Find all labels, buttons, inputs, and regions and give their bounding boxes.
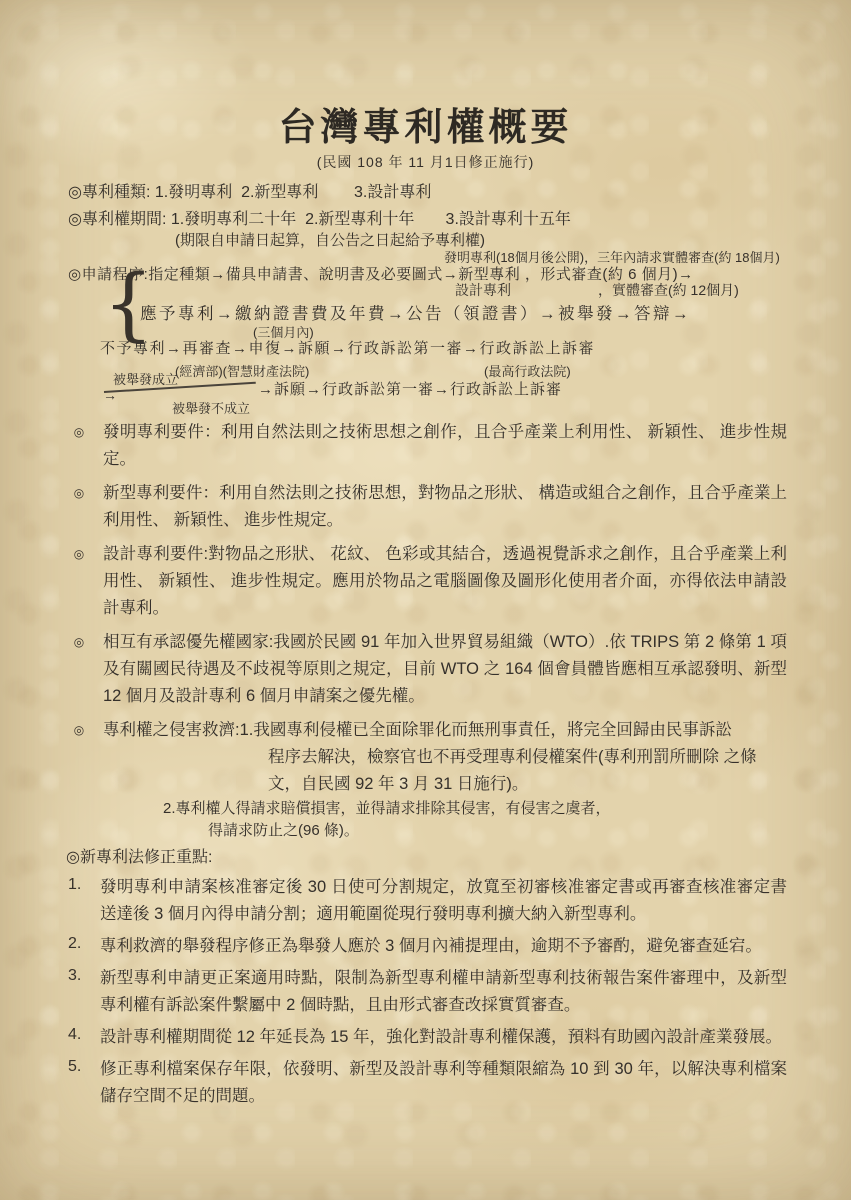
bullet-icon: ◎ bbox=[68, 629, 90, 710]
item-number: 3. bbox=[68, 965, 90, 1019]
revocation-appeal-chain: →訴願→行政訴訟第一審→行政訴訟上訴審 bbox=[258, 378, 562, 399]
patent-term-line: ◎專利權期間: 1.發明專利二十年 2.新型專利十年 3.設計專利十五年 bbox=[68, 206, 571, 229]
design-patent-word: 設計專利 bbox=[455, 280, 511, 300]
document-page: 台灣專利權概要 (民國 108 年 11 月1日修正施行) ◎專利種類: 1.發… bbox=[0, 0, 851, 1200]
revocation-upheld-label: 被舉發成立 bbox=[113, 369, 178, 388]
page-subtitle: (民國 108 年 11 月1日修正施行) bbox=[0, 152, 851, 172]
requirement-text: 新型專利要件：利用自然法則之技術思想，對物品之形狀、 構造或組合之創作，且合乎產… bbox=[103, 480, 787, 534]
remedy-line: 專利權之侵害救濟:1.我國專利侵權已全面除罪化而無刑事責任，將完全回歸由民事訴訟 bbox=[103, 717, 787, 744]
amendment-item-3: 3. 新型專利申請更正案適用時點，限制為新型專利權申請新型專利技術報告案件審理中… bbox=[68, 965, 787, 1019]
bullet-icon: ◎ bbox=[68, 717, 90, 842]
requirement-utility-model: ◎ 新型專利要件：利用自然法則之技術思想，對物品之形狀、 構造或組合之創作，且合… bbox=[68, 480, 787, 534]
bullet-icon: ◎ bbox=[68, 480, 90, 534]
bullet-icon: ◎ bbox=[68, 419, 90, 473]
grant-flow-line: 應予專利→繳納證書費及年費→公告（領證書）→被舉發→答辯→ bbox=[140, 300, 691, 324]
amendment-item-2: 2. 專利救濟的舉發程序修正為舉發人應於 3 個月內補提理由，逾期不予審酌，避免… bbox=[68, 933, 787, 960]
requirement-text: 設計專利要件:對物品之形狀、 花紋、 色彩或其結合，透過視覺訴求之創作，且合乎產… bbox=[103, 541, 787, 622]
item-text: 新型專利申請更正案適用時點，限制為新型專利權申請新型專利技術報告案件審理中，及新… bbox=[100, 965, 787, 1019]
item-number: 2. bbox=[68, 933, 90, 960]
requirement-text: 相互有承認優先權國家:我國於民國 91 年加入世界貿易組織（WTO）.依 TRI… bbox=[103, 629, 787, 710]
item-number: 1. bbox=[68, 874, 90, 928]
item-number: 4. bbox=[68, 1024, 90, 1051]
patent-types-line: ◎專利種類: 1.發明專利 2.新型專利 3.設計專利 bbox=[68, 179, 431, 202]
item-text: 設計專利權期間從 12 年延長為 15 年，強化對設計專利權保護，預料有助國內設… bbox=[100, 1024, 787, 1051]
remedy-content: 專利權之侵害救濟:1.我國專利侵權已全面除罪化而無刑事責任，將完全回歸由民事訴訟… bbox=[103, 717, 787, 842]
requirement-text: 發明專利要件：利用自然法則之技術思想之創作，且合乎產業上利用性、 新穎性、 進步… bbox=[103, 419, 787, 473]
revocation-dismissed-label: 被舉發不成立 bbox=[172, 398, 250, 417]
item-number: 5. bbox=[68, 1056, 90, 1110]
amendments-heading: ◎新專利法修正重點: bbox=[66, 846, 787, 870]
infringement-remedy: ◎ 專利權之侵害救濟:1.我國專利侵權已全面除罪化而無刑事責任，將完全回歸由民事… bbox=[68, 717, 787, 842]
item-text: 發明專利申請案核准審定後 30 日使可分割規定，放寬至初審核准審定書或再審查核准… bbox=[100, 874, 787, 928]
amendment-item-1: 1. 發明專利申請案核准審定後 30 日使可分割規定，放寬至初審核准審定書或再審… bbox=[68, 874, 787, 928]
design-review-note: ，實體審查(約 12個月) bbox=[598, 280, 739, 300]
remedy-line: 2.專利權人得請求賠償損害，並得請求排除其侵害，有侵害之虞者， bbox=[163, 798, 787, 820]
amendment-item-5: 5. 修正專利檔案保存年限，依發明、新型及設計專利等種類限縮為 10 到 30 … bbox=[68, 1056, 787, 1110]
fork-arrow: → bbox=[103, 387, 117, 403]
item-text: 專利救濟的舉發程序修正為舉發人應於 3 個月內補提理由，逾期不予審酌，避免審查延… bbox=[100, 933, 787, 960]
remedy-line: 文，自民國 92 年 3 月 31 日施行)。 bbox=[268, 771, 787, 798]
remedy-line: 得請求防止之(96 條)。 bbox=[208, 820, 787, 842]
reject-flow-line: 不予專利→再審查→申復→訴願→行政訴訟第一審→行政訴訟上訴審 bbox=[100, 337, 595, 358]
page-title: 台灣專利權概要 bbox=[0, 96, 851, 151]
priority-recognition: ◎ 相互有承認優先權國家:我國於民國 91 年加入世界貿易組織（WTO）.依 T… bbox=[68, 629, 787, 710]
requirement-invention: ◎ 發明專利要件：利用自然法則之技術思想之創作，且合乎產業上利用性、 新穎性、 … bbox=[68, 419, 787, 473]
body-text: ◎ 發明專利要件：利用自然法則之技術思想之創作，且合乎產業上利用性、 新穎性、 … bbox=[68, 419, 787, 1115]
bullet-icon: ◎ bbox=[68, 541, 90, 622]
remedy-line: 程序去解決，檢察官也不再受理專利侵權案件(專利刑罰所刪除 之條 bbox=[268, 744, 787, 771]
item-text: 修正專利檔案保存年限，依發明、新型及設計專利等種類限縮為 10 到 30 年，以… bbox=[100, 1056, 787, 1110]
amendment-item-4: 4. 設計專利權期間從 12 年延長為 15 年，強化對設計專利權保護，預料有助… bbox=[68, 1024, 787, 1051]
requirement-design: ◎ 設計專利要件:對物品之形狀、 花紋、 色彩或其結合，透過視覺訴求之創作，且合… bbox=[68, 541, 787, 622]
patent-term-note: (期限自申請日起算，自公告之日起給予專利權) bbox=[175, 229, 485, 250]
